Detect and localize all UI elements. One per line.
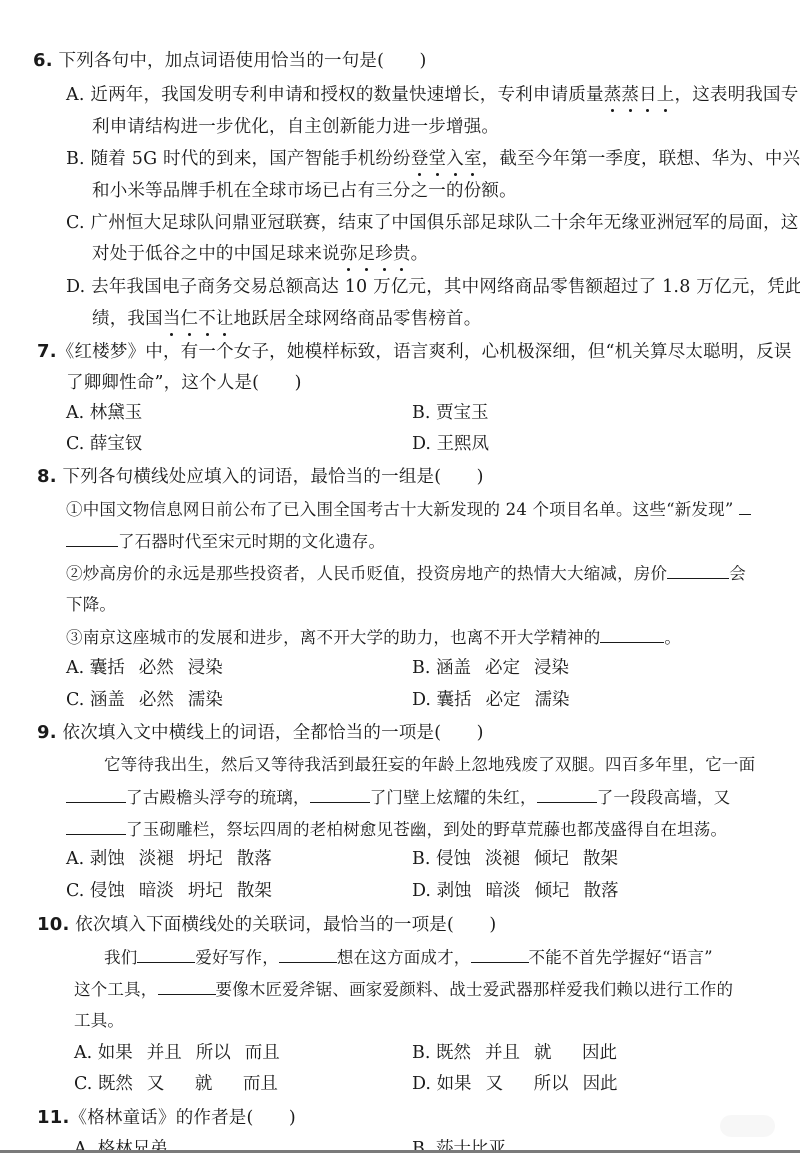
question-7-option-b: B. 贾宝玉 xyxy=(412,402,489,424)
option-word: 因此 xyxy=(582,1043,617,1063)
question-7-stem: 7.《红楼梦》中，有一个女子，她模样标致，语言爽利，心机极深细，但“机关算尽太聪… xyxy=(37,341,792,363)
option-word: 所以 xyxy=(196,1043,231,1063)
passage-text: 这个工具， xyxy=(74,980,158,999)
question-8-sentence-1: ①中国文物信息网日前公布了已入围全国考古十大新发现的 24 个项目名单。这些“新… xyxy=(66,498,751,521)
question-text: 《格林童话》的作者是( ) xyxy=(70,1108,296,1128)
question-10-stem: 10. 依次填入下面横线处的关联词，最恰当的一项是( ) xyxy=(37,914,496,936)
question-number: 10. xyxy=(37,914,70,935)
option-label: B. xyxy=(66,149,85,169)
answer-blank[interactable] xyxy=(739,498,751,515)
question-text: 依次填入文中横线上的词语，全都恰当的一项是( ) xyxy=(63,723,484,743)
answer-blank[interactable] xyxy=(537,786,597,803)
question-7-option-a: A. 林黛玉 xyxy=(66,402,142,424)
question-6-option-c: C. 广州恒大足球队问鼎亚冠联赛，结束了中国俱乐部足球队二十余年无缘亚洲冠军的局… xyxy=(66,212,799,234)
option-word: 必然 xyxy=(139,690,174,710)
option-word: 侵蚀 xyxy=(90,881,125,901)
sentence-text: ②炒高房价的永远是那些投资者，人民币贬值，投资房地产的热情大大缩减，房价 xyxy=(66,564,667,583)
question-number: 11. xyxy=(37,1107,70,1128)
answer-blank[interactable] xyxy=(66,818,126,835)
option-word: 散落 xyxy=(237,849,272,869)
option-word: 淡褪 xyxy=(139,849,174,869)
option-text: ，这表明我国专 xyxy=(675,85,799,105)
option-text: 近两年，我国发明专利申请和授权的数量快速增长，专利申请质量 xyxy=(90,85,603,105)
option-word: 坍圮 xyxy=(188,849,223,869)
question-7-stem-cont: 了卿卿性命”，这个人是( ) xyxy=(66,372,302,394)
question-8-stem: 8. 下列各句横线处应填入的词语，最恰当的一组是( ) xyxy=(37,466,484,488)
option-word: 所以 xyxy=(534,1074,569,1094)
question-10-option-a: A. 如果并且所以而且 xyxy=(74,1042,280,1064)
option-word: 坍圮 xyxy=(188,881,223,901)
option-word: 就 xyxy=(534,1042,568,1064)
question-9-option-a: A. 剥蚀淡褪坍圮散落 xyxy=(66,848,272,870)
option-word: 涵盖 xyxy=(90,690,125,710)
option-text: ，截至今年第一季度，联想、华为、中兴 xyxy=(482,149,800,169)
question-number: 9. xyxy=(37,722,57,743)
option-label: B. xyxy=(412,1043,430,1063)
option-word: 剥蚀 xyxy=(437,881,472,901)
option-word: 又 xyxy=(147,1073,181,1095)
passage-text: 想在这方面成才， xyxy=(337,948,471,967)
answer-blank[interactable] xyxy=(137,946,195,963)
option-word: 而且 xyxy=(243,1074,278,1094)
option-text: 王熙凤 xyxy=(437,434,490,454)
option-word: 散架 xyxy=(583,849,618,869)
question-8-option-d: D. 囊括必定濡染 xyxy=(412,689,570,711)
question-9-option-d: D. 剥蚀暗淡倾圮散落 xyxy=(412,880,619,902)
question-10-option-d: D. 如果又所以因此 xyxy=(412,1073,618,1095)
option-word: 既然 xyxy=(98,1074,133,1094)
question-10-passage-line-2: 这个工具，要像木匠爱斧锯、画家爱颜料、战士爱武器那样爱我们赖以进行工作的 xyxy=(74,978,733,1001)
answer-blank[interactable] xyxy=(471,946,529,963)
option-label: C. xyxy=(66,690,84,710)
option-word: 濡染 xyxy=(535,690,570,710)
option-label: D. xyxy=(412,434,431,454)
option-label: D. xyxy=(66,277,85,297)
option-word: 并且 xyxy=(147,1043,182,1063)
sentence-text: 会 xyxy=(729,564,746,583)
question-6-stem: 6. 下列各句中，加点词语使用恰当的一句是( ) xyxy=(33,50,427,72)
question-9-passage-line-3: 了玉砌雕栏，祭坛四周的老柏树愈见苍幽，到处的野草荒藤也都茂盛得自在坦荡。 xyxy=(66,818,727,841)
option-label: C. xyxy=(66,434,84,454)
question-6-option-d-cont: 绩，我国当仁不让地跃居全球网络商品零售榜首。 xyxy=(92,308,481,330)
sentence-text: ③南京这座城市的发展和进步，离不开大学的助力，也离不开大学精神的 xyxy=(66,628,600,647)
option-word: 并且 xyxy=(485,1043,520,1063)
option-text: 随着 5G 时代的到来，国产智能手机纷纷 xyxy=(91,149,411,169)
answer-blank[interactable] xyxy=(66,786,126,803)
question-6-option-a-cont: 利申请结构进一步优化，自主创新能力进一步增强。 xyxy=(92,116,499,138)
question-text: 下列各句横线处应填入的词语，最恰当的一组是( ) xyxy=(63,467,484,487)
question-8-sentence-2-cont: 下降。 xyxy=(66,594,116,616)
option-label: D. xyxy=(412,690,431,710)
option-word: 必定 xyxy=(486,690,521,710)
option-label: B. xyxy=(412,403,430,423)
option-word: 就 xyxy=(195,1073,229,1095)
option-label: C. xyxy=(66,881,84,901)
question-8-option-b: B. 涵盖必定浸染 xyxy=(412,657,569,679)
passage-text: 了一段段高墙，又 xyxy=(597,788,731,807)
watermark-badge xyxy=(720,1115,775,1137)
option-label: B. xyxy=(412,849,430,869)
option-word: 散架 xyxy=(237,881,272,901)
option-text: 薛宝钗 xyxy=(90,434,143,454)
question-10-option-c: C. 既然又就而且 xyxy=(74,1073,278,1095)
question-8-sentence-2: ②炒高房价的永远是那些投资者，人民币贬值，投资房地产的热情大大缩减，房价会 xyxy=(66,562,746,585)
option-word: 暗淡 xyxy=(486,881,521,901)
option-word: 囊括 xyxy=(437,690,472,710)
question-7-option-c: C. 薛宝钗 xyxy=(66,433,142,455)
option-word: 浸染 xyxy=(534,658,569,678)
answer-blank[interactable] xyxy=(158,978,216,995)
passage-text: 不能不首先学握好“语言” xyxy=(529,948,713,967)
question-text: 依次填入下面横线处的关联词，最恰当的一项是( ) xyxy=(75,915,496,935)
option-label: A. xyxy=(66,85,85,105)
option-text: 去年我国电子商务交易总额高达 10 万亿元，其中网络商品零售额超过了 1.8 万… xyxy=(91,277,800,297)
option-word: 囊括 xyxy=(90,658,125,678)
question-text: 下列各句中，加点词语使用恰当的一句是( ) xyxy=(59,51,427,71)
question-9-passage-line-1: 它等待我出生，然后又等待我活到最狂妄的年龄上忽地残废了双腿。四百多年里，它一面 xyxy=(104,754,755,776)
question-number: 6. xyxy=(33,50,53,71)
option-label: D. xyxy=(412,1074,431,1094)
option-word: 倾圮 xyxy=(535,881,570,901)
question-6-option-d: D. 去年我国电子商务交易总额高达 10 万亿元，其中网络商品零售额超过了 1.… xyxy=(66,276,800,298)
question-8-option-c: C. 涵盖必然濡染 xyxy=(66,689,223,711)
passage-text: 我们 xyxy=(104,948,137,967)
option-text: 贾宝玉 xyxy=(436,403,489,423)
option-word: 而且 xyxy=(245,1043,280,1063)
question-10-passage-line-3: 工具。 xyxy=(74,1010,124,1032)
option-word: 既然 xyxy=(436,1043,471,1063)
question-8-sentence-3: ③南京这座城市的发展和进步，离不开大学的助力，也离不开大学精神的。 xyxy=(66,626,681,649)
option-word: 因此 xyxy=(583,1074,618,1094)
question-8-option-a: A. 囊括必然浸染 xyxy=(66,657,223,679)
option-text: 广州恒大足球队问鼎亚冠联赛，结束了中国俱乐部足球队二十余年无缘亚洲冠军的局面，这 xyxy=(91,213,799,233)
option-word: 如果 xyxy=(98,1043,133,1063)
option-word: 必定 xyxy=(485,658,520,678)
question-9-option-c: C. 侵蚀暗淡坍圮散架 xyxy=(66,880,272,902)
option-label: A. xyxy=(66,658,84,678)
option-word: 暗淡 xyxy=(139,881,174,901)
option-word: 浸染 xyxy=(188,658,223,678)
option-word: 涵盖 xyxy=(436,658,471,678)
question-10-option-b: B. 既然并且就因此 xyxy=(412,1042,617,1064)
question-6-option-b-cont: 和小米等品牌手机在全球市场已占有三分之一的份额。 xyxy=(92,180,517,202)
question-9-option-b: B. 侵蚀淡褪倾圮散架 xyxy=(412,848,618,870)
option-word: 必然 xyxy=(139,658,174,678)
option-label: C. xyxy=(66,213,85,233)
passage-text: 要像木匠爱斧锯、画家爱颜料、战士爱武器那样爱我们赖以进行工作的 xyxy=(216,980,734,999)
option-label: A. xyxy=(74,1043,92,1063)
option-text: 。 xyxy=(411,244,429,264)
option-word: 倾圮 xyxy=(534,849,569,869)
answer-blank[interactable] xyxy=(66,530,118,547)
option-label: B. xyxy=(412,658,430,678)
option-word: 如果 xyxy=(437,1074,472,1094)
option-label: A. xyxy=(66,403,84,423)
answer-blank[interactable] xyxy=(279,946,337,963)
sentence-text: ①中国文物信息网日前公布了已入围全国考古十大新发现的 24 个项目名单。这些“新… xyxy=(66,500,733,519)
option-label: C. xyxy=(74,1074,92,1094)
answer-blank[interactable] xyxy=(600,626,664,643)
option-text: 林黛玉 xyxy=(90,403,143,423)
option-word: 濡染 xyxy=(188,690,223,710)
option-text: 对处于低谷之中的中国足球来说 xyxy=(92,244,340,264)
question-10-passage-line-1: 我们爱好写作，想在这方面成才，不能不首先学握好“语言” xyxy=(104,946,713,969)
question-7-option-d: D. 王熙凤 xyxy=(412,433,489,455)
passage-text: 爱好写作， xyxy=(195,948,279,967)
answer-blank[interactable] xyxy=(310,786,370,803)
question-number: 8. xyxy=(37,466,57,487)
sentence-text: 了石器时代至宋元时期的文化遗存。 xyxy=(118,532,385,551)
option-word: 侵蚀 xyxy=(436,849,471,869)
exam-page: 6. 下列各句中，加点词语使用恰当的一句是( ) A. 近两年，我国发明专利申请… xyxy=(0,0,800,1153)
question-8-sentence-1-cont: 了石器时代至宋元时期的文化遗存。 xyxy=(66,530,385,553)
option-word: 剥蚀 xyxy=(90,849,125,869)
answer-blank[interactable] xyxy=(667,562,729,579)
option-text: 绩，我国 xyxy=(92,309,163,329)
sentence-text: 。 xyxy=(664,628,681,647)
question-9-passage-line-2: 了古殿檐头浮夸的琉璃，了门壁上炫耀的朱红，了一段段高墙，又 xyxy=(66,786,730,809)
option-text: 地跃居全球网络商品零售榜首。 xyxy=(234,309,482,329)
question-6-option-b: B. 随着 5G 时代的到来，国产智能手机纷纷登堂入室，截至今年第一季度，联想、… xyxy=(66,148,800,170)
option-label: D. xyxy=(412,881,431,901)
option-label: A. xyxy=(66,849,84,869)
question-6-option-a: A. 近两年，我国发明专利申请和授权的数量快速增长，专利申请质量蒸蒸日上，这表明… xyxy=(66,84,798,106)
option-word: 又 xyxy=(486,1073,520,1095)
question-text: 《红楼梦》中，有一个女子，她模样标致，语言爽利，心机极深细，但“机关算尽太聪明，… xyxy=(57,342,792,362)
question-number: 7. xyxy=(37,341,57,362)
option-word: 散落 xyxy=(584,881,619,901)
question-6-option-c-cont: 对处于低谷之中的中国足球来说弥足珍贵。 xyxy=(92,243,428,265)
question-9-stem: 9. 依次填入文中横线上的词语，全都恰当的一项是( ) xyxy=(37,722,484,744)
question-11-stem: 11.《格林童话》的作者是( ) xyxy=(37,1107,296,1129)
passage-text: 了门壁上炫耀的朱红， xyxy=(370,788,537,807)
option-word: 淡褪 xyxy=(485,849,520,869)
passage-text: 了古殿檐头浮夸的琉璃， xyxy=(126,788,310,807)
passage-text: 了玉砌雕栏，祭坛四周的老柏树愈见苍幽，到处的野草荒藤也都茂盛得自在坦荡。 xyxy=(126,820,727,839)
